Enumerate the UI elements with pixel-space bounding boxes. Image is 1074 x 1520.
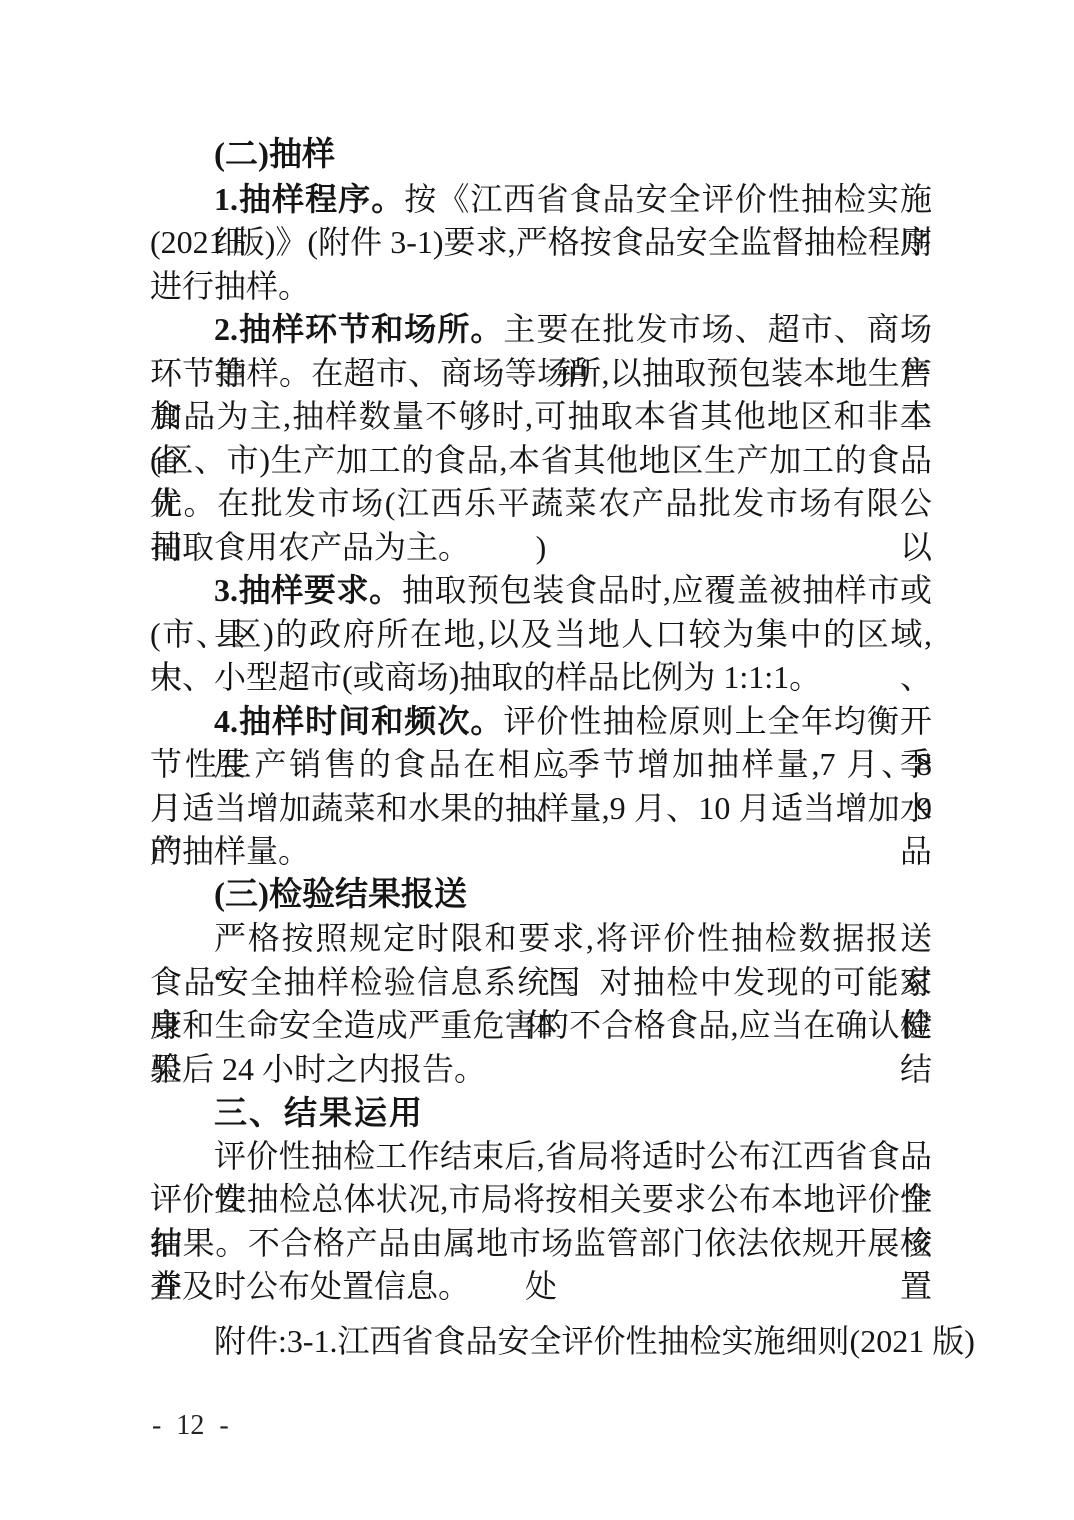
paragraph-lead: 1.抽样程序。: [214, 181, 404, 217]
doc-line: 食品安全抽样检验信息系统”。对抽检中发现的可能对身体健: [150, 961, 932, 1005]
document-body: (二)抽样 1.抽样程序。按《江西省食品安全评价性抽检实施细则 (2021 版)…: [150, 134, 932, 1363]
doc-line: 4.抽样时间和频次。评价性抽检原则上全年均衡开展。季: [150, 700, 932, 744]
paragraph-lead: 4.抽样时间和频次。: [214, 703, 503, 739]
doc-line: 结果。不合格产品由属地市场监管部门依法依规开展核查处置: [150, 1222, 932, 1266]
doc-line: 食品为主,抽样数量不够时,可抽取本省其他地区和非本省: [150, 395, 932, 439]
paragraph-lead: 2.抽样环节和场所。: [214, 311, 503, 347]
doc-line: 进行抽样。: [150, 265, 932, 309]
doc-line: 评价性抽检总体状况,市局将按相关要求公布本地评价性抽检: [150, 1178, 932, 1222]
attachment-line: 附件:3-1.江西省食品安全评价性抽检实施细则(2021 版): [150, 1320, 932, 1364]
doc-line: 严格按照规定时限和要求,将评价性抽检数据报送“国家: [150, 917, 932, 961]
section-heading-result-usage: 三、结果运用: [150, 1091, 932, 1135]
page-number: - 12 -: [152, 1408, 229, 1444]
doc-line: 先。在批发市场(江西乐平蔬菜农产品批发市场有限公司)以: [150, 482, 932, 526]
paragraph-lead: 3.抽样要求。: [214, 572, 402, 608]
section-heading-results-report: (三)检验结果报送: [150, 874, 932, 918]
doc-line: 月适当增加蔬菜和水果的抽样量,9 月、10 月适当增加水产品: [150, 787, 932, 831]
section-heading-sampling: (二)抽样: [150, 134, 932, 178]
doc-line: 3.抽样要求。抽取预包装食品时,应覆盖被抽样市或县: [150, 569, 932, 613]
document-page: (二)抽样 1.抽样程序。按《江西省食品安全评价性抽检实施细则 (2021 版)…: [0, 0, 1074, 1520]
doc-line: 评价性抽检工作结束后,省局将适时公布江西省食品安全: [150, 1135, 932, 1179]
doc-line: (区、市)生产加工的食品,本省其他地区生产加工的食品优: [150, 439, 932, 483]
doc-line: 节性生产销售的食品在相应季节增加抽样量,7 月、8 月、9: [150, 743, 932, 787]
doc-line: 2.抽样环节和场所。主要在批发市场、超市、商场等销售: [150, 308, 932, 352]
doc-line: (市、区)的政府所在地,以及当地人口较为集中的区域,大、: [150, 613, 932, 657]
doc-line: (2021 版)》(附件 3-1)要求,严格按食品安全监督抽检程序: [150, 221, 932, 265]
doc-line: 中、小型超市(或商场)抽取的样品比例为 1:1:1。: [150, 656, 932, 700]
doc-line: 1.抽样程序。按《江西省食品安全评价性抽检实施细则: [150, 178, 932, 222]
doc-line: 康和生命安全造成严重危害的不合格食品,应当在确认检验结: [150, 1004, 932, 1048]
doc-line: 环节抽样。在超市、商场等场所,以抽取预包装本地生产加工: [150, 352, 932, 396]
